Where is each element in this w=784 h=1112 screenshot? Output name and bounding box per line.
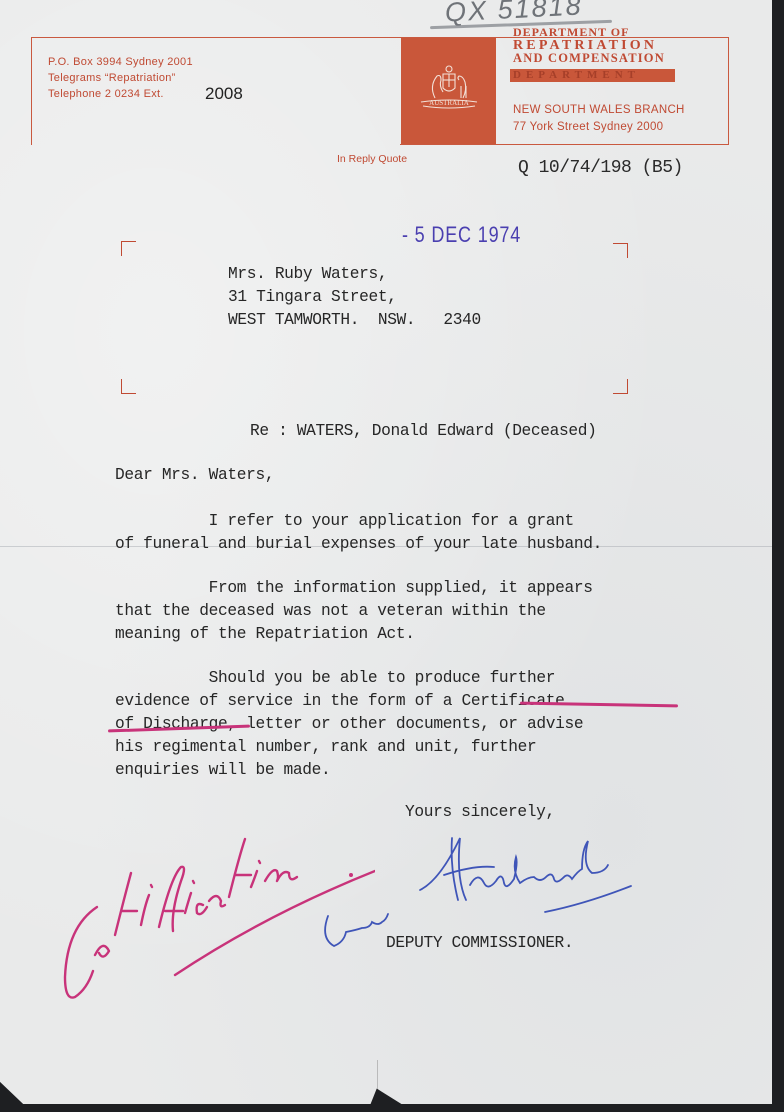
branch-name: NEW SOUTH WALES BRANCH xyxy=(513,102,685,119)
paragraph-line: evidence of service in the form of a Cer… xyxy=(115,690,583,713)
branch-info: NEW SOUTH WALES BRANCH 77 York Street Sy… xyxy=(513,102,685,136)
letterhead-contact: P.O. Box 3994 Sydney 2001 Telegrams “Rep… xyxy=(48,54,193,102)
coat-of-arms-icon: AUSTRALIA xyxy=(413,60,485,120)
department-overprint-bar: DEPARTMENT xyxy=(510,69,675,82)
subject-line: Re : WATERS, Donald Edward (Deceased) xyxy=(250,420,596,443)
signatory-title: DEPUTY COMMISSIONER. xyxy=(386,932,573,955)
letter-page: P.O. Box 3994 Sydney 2001 Telegrams “Rep… xyxy=(0,0,772,1104)
paragraph-line: meaning of the Repatriation Act. xyxy=(115,623,593,646)
address-window-corner-tr xyxy=(613,243,628,258)
coat-of-arms-panel: AUSTRALIA xyxy=(401,38,496,144)
recipient-name: Mrs. Ruby Waters, xyxy=(228,263,481,286)
recipient-street: 31 Tingara Street, xyxy=(228,286,481,309)
closing: Yours sincerely, xyxy=(405,801,555,824)
recipient-locality: WEST TAMWORTH. NSW. 2340 xyxy=(228,309,481,332)
po-box: P.O. Box 3994 Sydney 2001 xyxy=(48,54,193,70)
salutation: Dear Mrs. Waters, xyxy=(115,464,274,487)
address-window-corner-tl xyxy=(121,241,136,256)
telephone: Telephone 2 0234 Ext. xyxy=(48,86,193,102)
address-window-corner-br xyxy=(613,379,628,394)
paragraph-line: From the information supplied, it appear… xyxy=(115,577,593,600)
paragraph-3: Should you be able to produce furtherevi… xyxy=(115,667,583,782)
address-window-corner-bl xyxy=(121,379,136,394)
date-stamp: - 5 DEC 1974 xyxy=(402,222,521,248)
paragraph-line: that the deceased was not a veteran with… xyxy=(115,600,593,623)
paragraph-line: of funeral and burial expenses of your l… xyxy=(115,533,602,556)
handwritten-annotation-icon xyxy=(55,815,375,1010)
paragraph-line: enquiries will be made. xyxy=(115,759,583,782)
recipient-address: Mrs. Ruby Waters,31 Tingara Street,WEST … xyxy=(228,263,481,332)
paragraph-line: Should you be able to produce further xyxy=(115,667,583,690)
reply-quote-label: In Reply Quote xyxy=(337,153,407,165)
paragraph-line: his regimental number, rank and unit, fu… xyxy=(115,736,583,759)
paragraph-line: of Discharge, letter or other documents,… xyxy=(115,713,583,736)
svg-text:AUSTRALIA: AUSTRALIA xyxy=(429,99,469,107)
telephone-extension: 2008 xyxy=(205,84,243,104)
department-name: DEPARTMENT OF REPATRIATION AND COMPENSAT… xyxy=(513,26,665,65)
paragraph-1: I refer to your application for a granto… xyxy=(115,510,602,556)
paragraph-line: I refer to your application for a grant xyxy=(115,510,602,533)
telegrams: Telegrams “Repatriation” xyxy=(48,70,193,86)
paper-tear xyxy=(377,1060,378,1104)
branch-address: 77 York Street Sydney 2000 xyxy=(513,119,685,136)
reply-reference: Q 10/74/198 (B5) xyxy=(518,158,683,178)
paragraph-2: From the information supplied, it appear… xyxy=(115,577,593,646)
